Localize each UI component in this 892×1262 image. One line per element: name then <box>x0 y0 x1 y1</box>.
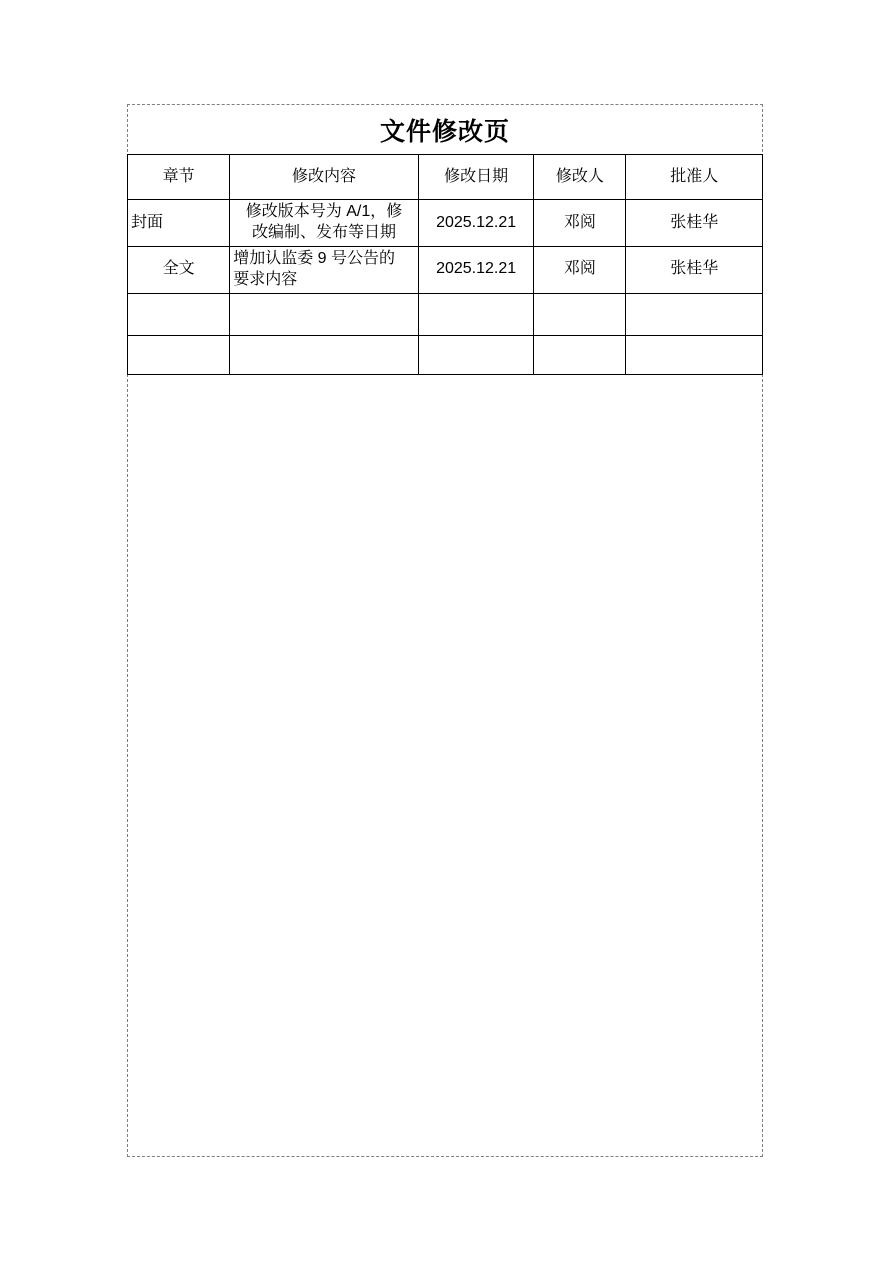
cell-approver <box>626 293 763 335</box>
table-row-empty <box>128 293 763 335</box>
cell-modifier <box>534 335 626 374</box>
table-row: 全文 增加认监委 9 号公告的 要求内容 2025.12.21 邓阅 张桂华 <box>128 247 763 294</box>
cell-date: 2025.12.21 <box>418 247 534 294</box>
cell-date: 2025.12.21 <box>418 200 534 247</box>
col-header-content: 修改内容 <box>230 155 419 200</box>
cell-section: 全文 <box>128 247 230 294</box>
cell-approver: 张桂华 <box>626 200 763 247</box>
revision-table: 章节 修改内容 修改日期 修改人 批准人 封面 修改版本号为 A/1，修 改编制… <box>127 154 763 375</box>
col-header-modifier: 修改人 <box>534 155 626 200</box>
document-page: 文件修改页 章节 修改内容 修改日期 修改人 批准人 封面 <box>0 0 892 1262</box>
cell-content: 增加认监委 9 号公告的 要求内容 <box>230 247 419 294</box>
col-header-section: 章节 <box>128 155 230 200</box>
col-header-approver: 批准人 <box>626 155 763 200</box>
cell-content <box>230 293 419 335</box>
cell-modifier: 邓阅 <box>534 200 626 247</box>
cell-approver: 张桂华 <box>626 247 763 294</box>
cell-modifier <box>534 293 626 335</box>
cell-approver <box>626 335 763 374</box>
table-header-row: 章节 修改内容 修改日期 修改人 批准人 <box>128 155 763 200</box>
cell-modifier: 邓阅 <box>534 247 626 294</box>
cell-date <box>418 293 534 335</box>
cell-section <box>128 335 230 374</box>
cell-content <box>230 335 419 374</box>
cell-section: 封面 <box>128 200 230 247</box>
cell-section <box>128 293 230 335</box>
table-row-empty <box>128 335 763 374</box>
cell-content: 修改版本号为 A/1，修 改编制、发布等日期 <box>230 200 419 247</box>
table-row: 封面 修改版本号为 A/1，修 改编制、发布等日期 2025.12.21 邓阅 … <box>128 200 763 247</box>
page-border: 文件修改页 章节 修改内容 修改日期 修改人 批准人 封面 <box>127 104 763 1157</box>
cell-date <box>418 335 534 374</box>
col-header-date: 修改日期 <box>418 155 534 200</box>
page-title: 文件修改页 <box>128 105 762 154</box>
